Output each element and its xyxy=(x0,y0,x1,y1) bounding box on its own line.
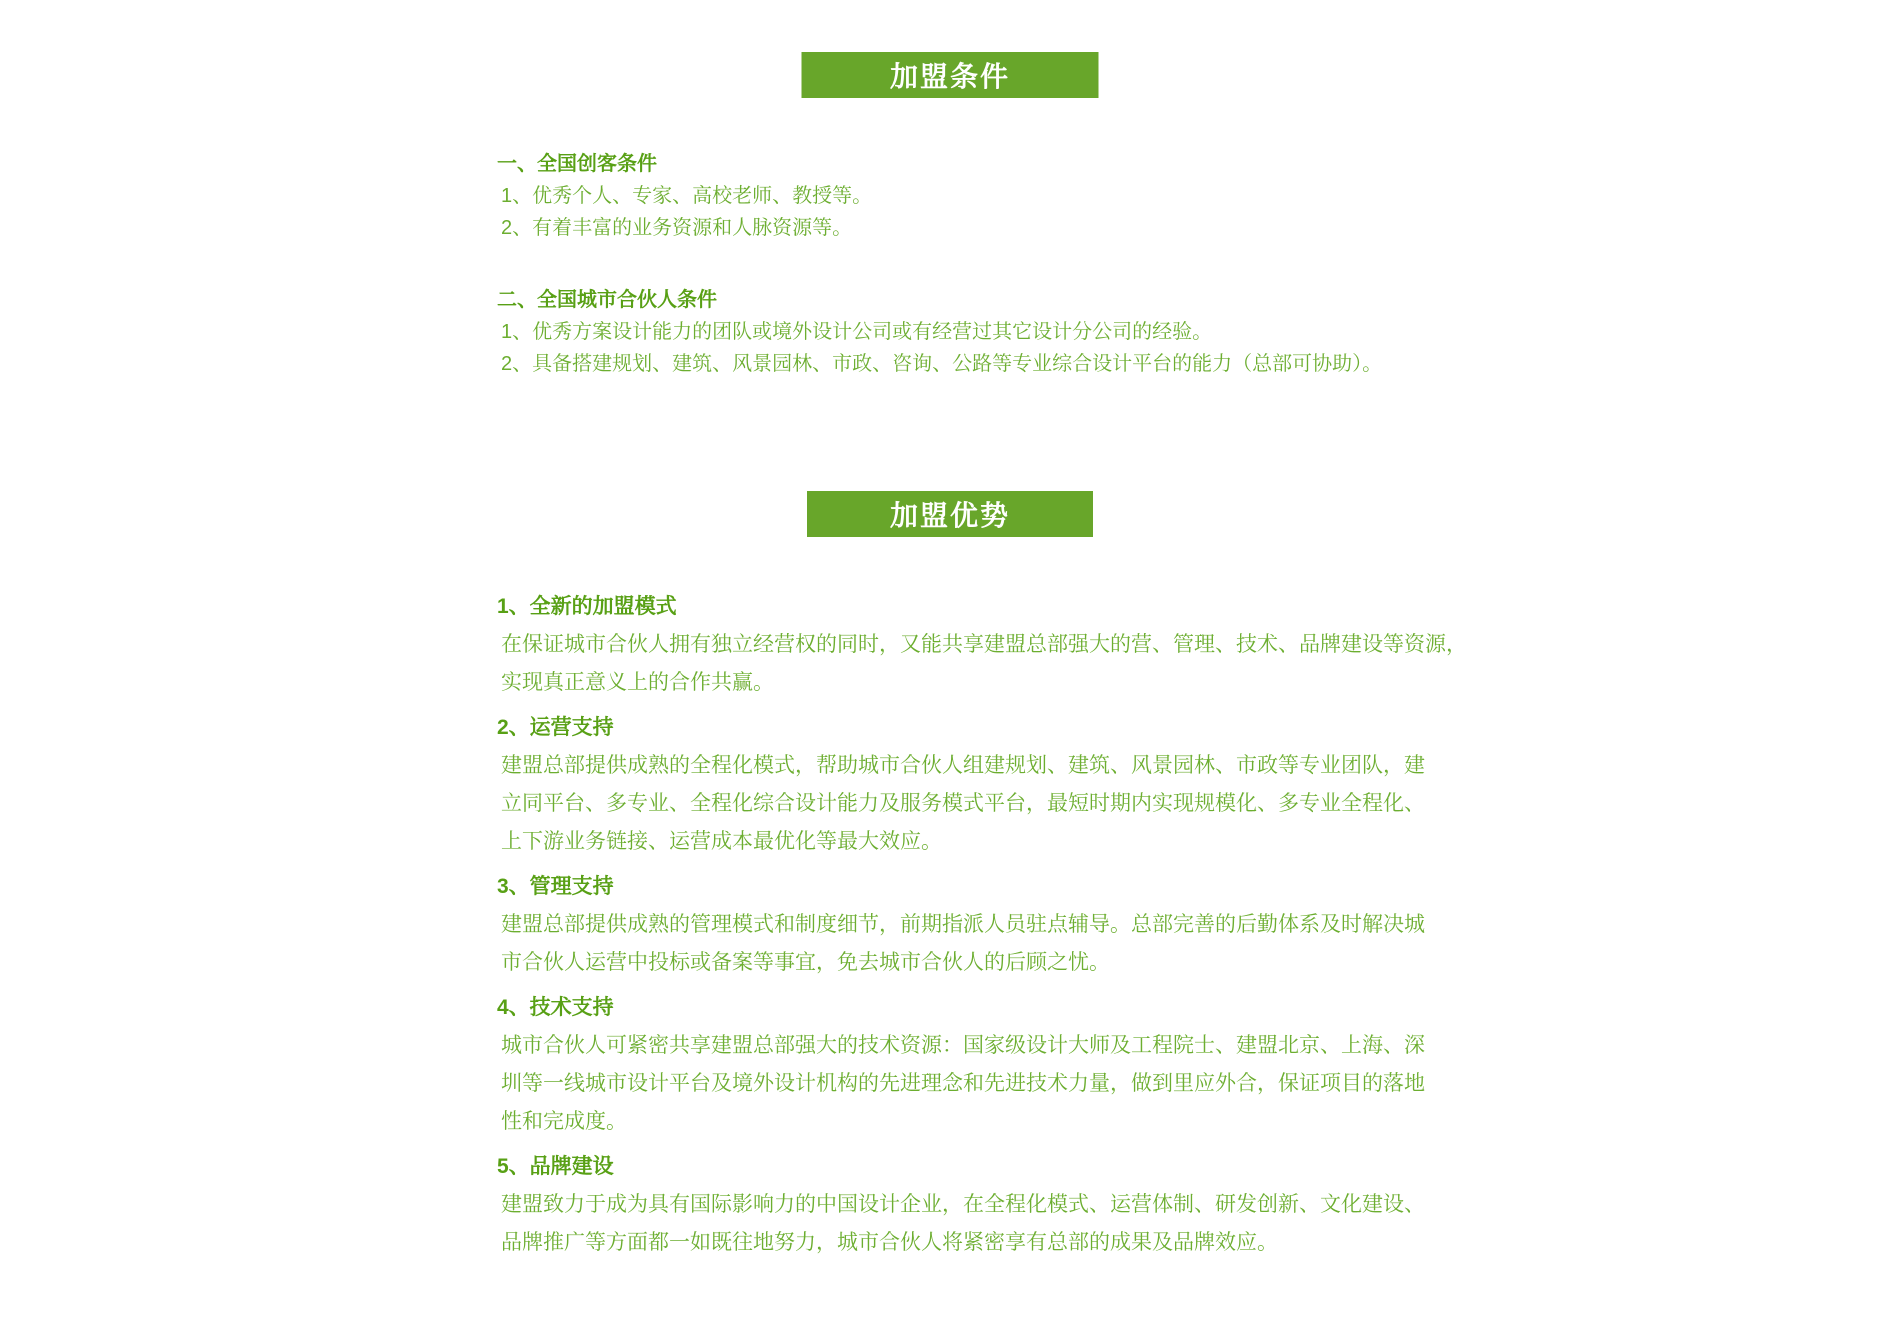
franchise-info-page: 加盟条件 一、全国创客条件 1、优秀个人、专家、高校老师、教授等。 2、有着丰富… xyxy=(0,0,1900,1325)
banner-title: 加盟优势 xyxy=(890,494,1010,534)
condition-group-makers: 一、全国创客条件 1、优秀个人、专家、高校老师、教授等。 2、有着丰富的业务资源… xyxy=(497,148,1527,244)
condition-line: 1、优秀方案设计能力的团队或境外设计公司或有经营过其它设计分公司的经验。 xyxy=(497,316,1527,348)
condition-line: 1、优秀个人、专家、高校老师、教授等。 xyxy=(497,180,1527,212)
group-title: 4、技术支持 xyxy=(497,989,1527,1027)
section-banner-join-advantages: 加盟优势 xyxy=(807,491,1093,537)
advantage-line: 建盟总部提供成熟的管理模式和制度细节，前期指派人员驻点辅导。总部完善的后勤体系及… xyxy=(497,906,1527,944)
group-title: 3、管理支持 xyxy=(497,868,1527,906)
group-title: 2、运营支持 xyxy=(497,709,1527,747)
condition-group-city-partners: 二、全国城市合伙人条件 1、优秀方案设计能力的团队或境外设计公司或有经营过其它设… xyxy=(497,284,1527,380)
advantage-group-technical-support: 4、技术支持 城市合伙人可紧密共享建盟总部强大的技术资源：国家级设计大师及工程院… xyxy=(497,989,1527,1141)
advantage-line: 在保证城市合伙人拥有独立经营权的同时，又能共享建盟总部强大的营、管理、技术、品牌… xyxy=(497,626,1527,664)
advantage-group-management-support: 3、管理支持 建盟总部提供成熟的管理模式和制度细节，前期指派人员驻点辅导。总部完… xyxy=(497,868,1527,982)
banner-title: 加盟条件 xyxy=(890,55,1010,95)
advantage-group-franchise-model: 1、全新的加盟模式 在保证城市合伙人拥有独立经营权的同时，又能共享建盟总部强大的… xyxy=(497,588,1527,702)
advantage-group-brand-building: 5、品牌建设 建盟致力于成为具有国际影响力的中国设计企业，在全程化模式、运营体制… xyxy=(497,1148,1527,1262)
advantage-line: 建盟致力于成为具有国际影响力的中国设计企业，在全程化模式、运营体制、研发创新、文… xyxy=(497,1186,1527,1224)
advantage-line: 立同平台、多专业、全程化综合设计能力及服务模式平台，最短时期内实现规模化、多专业… xyxy=(497,785,1527,823)
advantage-group-operation-support: 2、运营支持 建盟总部提供成熟的全程化模式，帮助城市合伙人组建规划、建筑、风景园… xyxy=(497,709,1527,861)
advantage-line: 圳等一线城市设计平台及境外设计机构的先进理念和先进技术力量，做到里应外合，保证项… xyxy=(497,1065,1527,1103)
group-title: 一、全国创客条件 xyxy=(497,148,1527,180)
group-title: 1、全新的加盟模式 xyxy=(497,588,1527,626)
group-title: 二、全国城市合伙人条件 xyxy=(497,284,1527,316)
advantage-line: 实现真正意义上的合作共赢。 xyxy=(497,664,1527,702)
advantage-line: 建盟总部提供成熟的全程化模式，帮助城市合伙人组建规划、建筑、风景园林、市政等专业… xyxy=(497,747,1527,785)
advantage-line: 品牌推广等方面都一如既往地努力，城市合伙人将紧密享有总部的成果及品牌效应。 xyxy=(497,1224,1527,1262)
condition-line: 2、有着丰富的业务资源和人脉资源等。 xyxy=(497,212,1527,244)
condition-line: 2、具备搭建规划、建筑、风景园林、市政、咨询、公路等专业综合设计平台的能力（总部… xyxy=(497,348,1527,380)
advantage-line: 上下游业务链接、运营成本最优化等最大效应。 xyxy=(497,823,1527,861)
group-title: 5、品牌建设 xyxy=(497,1148,1527,1186)
join-advantages-content: 1、全新的加盟模式 在保证城市合伙人拥有独立经营权的同时，又能共享建盟总部强大的… xyxy=(497,588,1527,1262)
join-conditions-content: 一、全国创客条件 1、优秀个人、专家、高校老师、教授等。 2、有着丰富的业务资源… xyxy=(497,148,1527,380)
advantage-line: 市合伙人运营中投标或备案等事宜，免去城市合伙人的后顾之忧。 xyxy=(497,944,1527,982)
advantage-line: 城市合伙人可紧密共享建盟总部强大的技术资源：国家级设计大师及工程院士、建盟北京、… xyxy=(497,1027,1527,1065)
section-banner-join-conditions: 加盟条件 xyxy=(802,52,1099,98)
advantage-line: 性和完成度。 xyxy=(497,1103,1527,1141)
